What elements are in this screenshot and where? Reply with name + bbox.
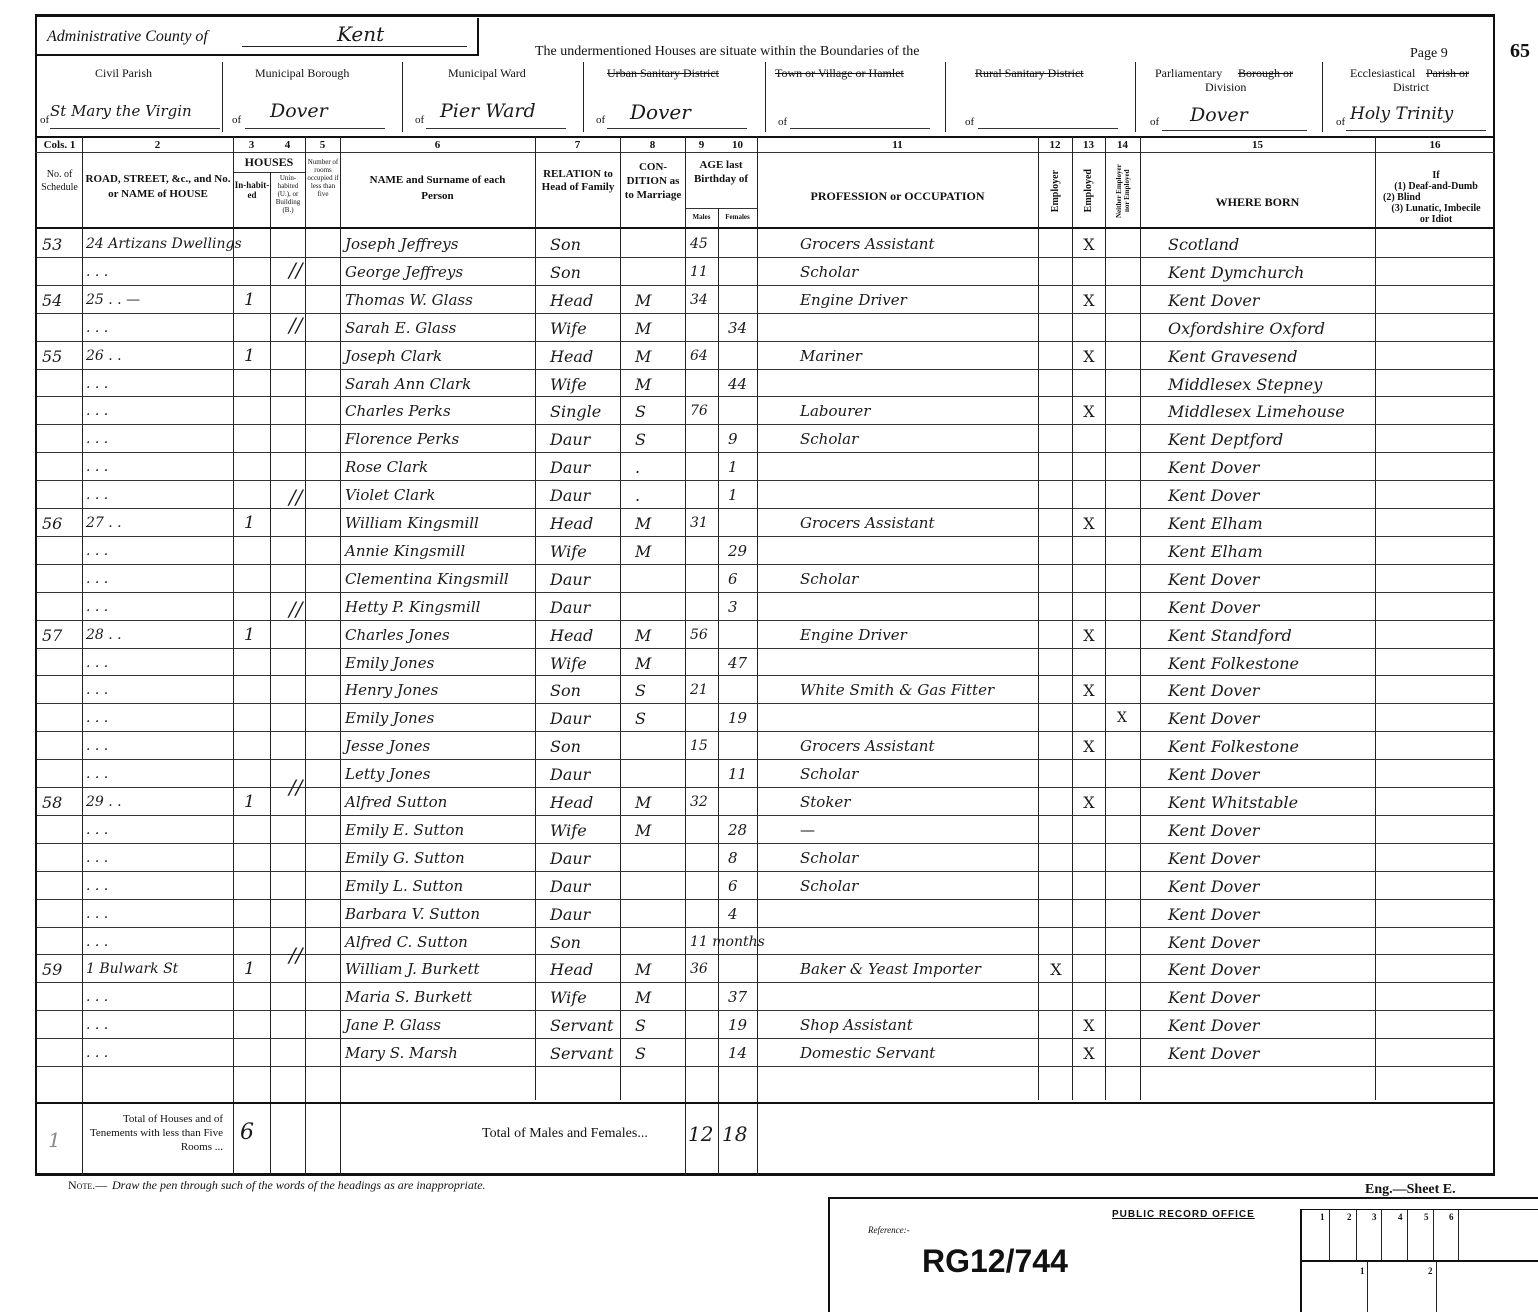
schedule-number: 58 xyxy=(42,789,80,816)
employer-mark xyxy=(1042,845,1070,872)
age-male xyxy=(690,901,718,928)
employer-mark xyxy=(1042,454,1070,481)
inhabited-cell xyxy=(244,371,264,398)
neither-mark xyxy=(1108,677,1136,704)
birthplace-cell: Kent Folkestone xyxy=(1168,650,1373,677)
age-female: 6 xyxy=(728,873,756,900)
birthplace-cell: Kent Dover xyxy=(1168,984,1373,1011)
address-cell: 27 . . xyxy=(86,510,232,537)
schedule-number: 59 xyxy=(42,956,80,983)
inhabited-cell xyxy=(244,929,264,956)
sheet-label: Eng.—Sheet E. xyxy=(1365,1182,1456,1198)
relation-cell: Daur xyxy=(550,482,620,509)
condition-cell: M xyxy=(635,984,675,1011)
address-cell: . . . xyxy=(86,677,232,704)
schedule-number xyxy=(42,426,80,453)
relation-cell: Son xyxy=(550,677,620,704)
person-name: Annie Kingsmill xyxy=(345,538,535,565)
header-rooms: Number of rooms occupied if less than fi… xyxy=(306,158,340,198)
age-male xyxy=(690,482,718,509)
employed-mark xyxy=(1075,538,1103,565)
neither-mark xyxy=(1108,956,1136,983)
birthplace-cell: Kent Dover xyxy=(1168,566,1373,593)
inhabited-cell xyxy=(244,259,264,286)
employer-mark xyxy=(1042,622,1070,649)
reference-box: PUBLIC RECORD OFFICE Reference:- RG12/74… xyxy=(828,1197,1538,1312)
employed-mark xyxy=(1075,259,1103,286)
occupation-cell: Baker & Yeast Importer xyxy=(800,956,1035,983)
age-female xyxy=(728,677,756,704)
inhabited-cell xyxy=(244,817,264,844)
address-cell: . . . xyxy=(86,705,232,732)
occupation-cell: Scholar xyxy=(800,259,1035,286)
relation-cell: Daur xyxy=(550,705,620,732)
address-cell: . . . xyxy=(86,845,232,872)
relation-cell: Head xyxy=(550,956,620,983)
tenement-total: 1 xyxy=(48,1128,61,1152)
address-cell: . . . xyxy=(86,259,232,286)
inhabited-cell xyxy=(244,398,264,425)
employer-mark xyxy=(1042,984,1070,1011)
age-male xyxy=(690,817,718,844)
employer-mark xyxy=(1042,566,1070,593)
neither-mark xyxy=(1108,231,1136,258)
header-uninhabited: Unin-habited (U.), or Building (B.) xyxy=(271,174,305,214)
schedule-number xyxy=(42,845,80,872)
neither-mark xyxy=(1108,398,1136,425)
header-employed: Employed xyxy=(1083,169,1094,212)
relation-cell: Daur xyxy=(550,454,620,481)
birthplace-cell: Kent Dover xyxy=(1168,817,1373,844)
header-neither: Neither Employer nor Employed xyxy=(1115,161,1131,221)
age-male: 45 xyxy=(690,231,718,258)
age-male xyxy=(690,1012,718,1039)
age-female: 1 xyxy=(728,482,756,509)
neither-mark xyxy=(1108,873,1136,900)
person-name: Emily Jones xyxy=(345,705,535,732)
condition-cell xyxy=(635,901,675,928)
header-males: Males xyxy=(685,211,718,224)
employed-mark: X xyxy=(1075,510,1103,537)
age-male xyxy=(690,426,718,453)
relation-cell: Wife xyxy=(550,650,620,677)
relation-cell: Head xyxy=(550,622,620,649)
header-inhabited: In-habit-ed xyxy=(234,180,270,200)
age-male: 64 xyxy=(690,343,718,370)
age-male xyxy=(690,538,718,565)
address-cell: 1 Bulwark St xyxy=(86,956,232,983)
neither-mark xyxy=(1108,1012,1136,1039)
birthplace-cell: Kent Whitstable xyxy=(1168,789,1373,816)
occupation-cell: Scholar xyxy=(800,566,1035,593)
person-name: Hetty P. Kingsmill xyxy=(345,594,535,621)
address-cell: . . . xyxy=(86,426,232,453)
age-female xyxy=(728,789,756,816)
person-name: Mary S. Marsh xyxy=(345,1040,535,1067)
person-name: Florence Perks xyxy=(345,426,535,453)
employer-mark xyxy=(1042,371,1070,398)
occupation-cell xyxy=(800,929,1035,956)
address-cell: . . . xyxy=(86,398,232,425)
employed-mark xyxy=(1075,371,1103,398)
occupation-cell: Labourer xyxy=(800,398,1035,425)
employed-mark: X xyxy=(1075,1012,1103,1039)
schedule-number xyxy=(42,677,80,704)
header-relation: RELATION to Head of Family xyxy=(537,168,619,194)
person-name: Charles Jones xyxy=(345,622,535,649)
inhabited-cell xyxy=(244,1012,264,1039)
address-cell: . . . xyxy=(86,761,232,788)
birthplace-cell: Kent Elham xyxy=(1168,538,1373,565)
age-male: 34 xyxy=(690,287,718,314)
neither-mark xyxy=(1108,566,1136,593)
age-female: 29 xyxy=(728,538,756,565)
relation-cell: Daur xyxy=(550,594,620,621)
age-male xyxy=(690,594,718,621)
address-cell: . . . xyxy=(86,315,232,342)
schedule-number xyxy=(42,984,80,1011)
address-cell: . . . xyxy=(86,733,232,760)
condition-cell: . xyxy=(635,482,675,509)
folio-number: 65 xyxy=(1510,40,1530,63)
municipal-borough-value: Dover xyxy=(270,100,328,122)
person-name: Alfred Sutton xyxy=(345,789,535,816)
schedule-number xyxy=(42,761,80,788)
neither-mark xyxy=(1108,984,1136,1011)
person-name: Clementina Kingsmill xyxy=(345,566,535,593)
employed-mark xyxy=(1075,956,1103,983)
header-schedule: No. of Schedule xyxy=(37,168,82,194)
employed-mark xyxy=(1075,984,1103,1011)
person-name: George Jeffreys xyxy=(345,259,535,286)
age-female xyxy=(728,287,756,314)
neither-mark xyxy=(1108,845,1136,872)
employer-mark xyxy=(1042,259,1070,286)
inhabited-cell xyxy=(244,650,264,677)
age-female: 37 xyxy=(728,984,756,1011)
person-name: William J. Burkett xyxy=(345,956,535,983)
person-name: Joseph Jeffreys xyxy=(345,231,535,258)
employed-mark xyxy=(1075,426,1103,453)
person-name: Sarah Ann Clark xyxy=(345,371,535,398)
schedule-number xyxy=(42,733,80,760)
schedule-number xyxy=(42,1040,80,1067)
neither-mark xyxy=(1108,622,1136,649)
birthplace-cell: Kent Dover xyxy=(1168,482,1373,509)
employed-mark: X xyxy=(1075,287,1103,314)
inhabited-cell xyxy=(244,538,264,565)
condition-cell: M xyxy=(635,315,675,342)
age-male: 15 xyxy=(690,733,718,760)
occupation-cell: Grocers Assistant xyxy=(800,733,1035,760)
age-male xyxy=(690,845,718,872)
neither-mark xyxy=(1108,426,1136,453)
relation-cell: Daur xyxy=(550,426,620,453)
condition-cell xyxy=(635,761,675,788)
person-name: Jesse Jones xyxy=(345,733,535,760)
birthplace-cell: Kent Dover xyxy=(1168,594,1373,621)
relation-cell: Son xyxy=(550,259,620,286)
age-male xyxy=(690,650,718,677)
condition-cell xyxy=(635,231,675,258)
condition-cell: S xyxy=(635,1012,675,1039)
employed-mark xyxy=(1075,873,1103,900)
birthplace-cell: Kent Gravesend xyxy=(1168,343,1373,370)
address-cell: . . . xyxy=(86,371,232,398)
condition-cell: S xyxy=(635,426,675,453)
condition-cell: M xyxy=(635,510,675,537)
neither-mark xyxy=(1108,538,1136,565)
schedule-number: 54 xyxy=(42,287,80,314)
age-female xyxy=(728,622,756,649)
inhabited-cell xyxy=(244,566,264,593)
age-male xyxy=(690,1040,718,1067)
header-where-born: WHERE BORN xyxy=(1140,196,1375,209)
condition-cell: M xyxy=(635,789,675,816)
neither-mark xyxy=(1108,650,1136,677)
occupation-cell: Domestic Servant xyxy=(800,1040,1035,1067)
age-female xyxy=(728,733,756,760)
employed-mark xyxy=(1075,817,1103,844)
inhabited-cell: 1 xyxy=(244,510,264,537)
inhabited-cell xyxy=(244,426,264,453)
employed-mark: X xyxy=(1075,1040,1103,1067)
inhabited-cell xyxy=(244,594,264,621)
address-cell: . . . xyxy=(86,1040,232,1067)
females-total: 18 xyxy=(722,1122,747,1146)
employer-mark xyxy=(1042,343,1070,370)
header-occupation: PROFESSION or OCCUPATION xyxy=(757,190,1038,203)
header-name: NAME and Surname of each Person xyxy=(360,172,515,204)
age-female: 9 xyxy=(728,426,756,453)
birthplace-cell: Kent Dover xyxy=(1168,454,1373,481)
occupation-cell xyxy=(800,594,1035,621)
age-female: 6 xyxy=(728,566,756,593)
birthplace-cell: Kent Dover xyxy=(1168,287,1373,314)
condition-cell: M xyxy=(635,622,675,649)
employer-mark xyxy=(1042,929,1070,956)
relation-cell: Single xyxy=(550,398,620,425)
condition-cell: M xyxy=(635,956,675,983)
employer-mark xyxy=(1042,761,1070,788)
age-male: 31 xyxy=(690,510,718,537)
schedule-number: 53 xyxy=(42,231,80,258)
employed-mark xyxy=(1075,761,1103,788)
occupation-cell: Engine Driver xyxy=(800,287,1035,314)
relation-cell: Servant xyxy=(550,1040,620,1067)
employer-mark xyxy=(1042,789,1070,816)
condition-cell xyxy=(635,594,675,621)
age-female: 47 xyxy=(728,650,756,677)
relation-cell: Son xyxy=(550,929,620,956)
schedule-number: 57 xyxy=(42,622,80,649)
employer-mark xyxy=(1042,901,1070,928)
occupation-cell xyxy=(800,538,1035,565)
occupation-cell: — xyxy=(800,817,1035,844)
employer-mark xyxy=(1042,705,1070,732)
occupation-cell: Grocers Assistant xyxy=(800,231,1035,258)
birthplace-cell: Kent Dover xyxy=(1168,677,1373,704)
birthplace-cell: Kent Dover xyxy=(1168,901,1373,928)
inhabited-cell xyxy=(244,677,264,704)
neither-mark xyxy=(1108,454,1136,481)
occupation-cell xyxy=(800,454,1035,481)
age-female xyxy=(728,343,756,370)
address-cell: 26 . . xyxy=(86,343,232,370)
birthplace-cell: Kent Dover xyxy=(1168,873,1373,900)
schedule-number xyxy=(42,538,80,565)
occupation-cell xyxy=(800,984,1035,1011)
person-name: Charles Perks xyxy=(345,398,535,425)
occupation-cell xyxy=(800,650,1035,677)
age-female: 34 xyxy=(728,315,756,342)
age-male: 11 months xyxy=(690,929,718,956)
age-male xyxy=(690,371,718,398)
employed-mark xyxy=(1075,482,1103,509)
neither-mark: X xyxy=(1108,705,1136,732)
relation-cell: Head xyxy=(550,789,620,816)
person-name: Letty Jones xyxy=(345,761,535,788)
occupation-cell: Mariner xyxy=(800,343,1035,370)
inhabited-cell xyxy=(244,315,264,342)
employed-mark xyxy=(1075,650,1103,677)
employer-mark xyxy=(1042,510,1070,537)
address-cell: . . . xyxy=(86,594,232,621)
schedule-number xyxy=(42,371,80,398)
municipal-ward-value: Pier Ward xyxy=(440,100,536,122)
employer-mark xyxy=(1042,482,1070,509)
inhabited-cell xyxy=(244,733,264,760)
people-total-label: Total of Males and Females... xyxy=(482,1126,648,1142)
condition-cell: M xyxy=(635,817,675,844)
employer-mark xyxy=(1042,817,1070,844)
neither-mark xyxy=(1108,287,1136,314)
employer-mark: X xyxy=(1042,956,1070,983)
age-female xyxy=(728,510,756,537)
schedule-number xyxy=(42,566,80,593)
schedule-number xyxy=(42,705,80,732)
age-male: 36 xyxy=(690,956,718,983)
employed-mark xyxy=(1075,594,1103,621)
relation-cell: Daur xyxy=(550,761,620,788)
age-female xyxy=(728,956,756,983)
schedule-number xyxy=(42,315,80,342)
person-name: Alfred C. Sutton xyxy=(345,929,535,956)
employer-mark xyxy=(1042,287,1070,314)
relation-cell: Son xyxy=(550,231,620,258)
age-female: 19 xyxy=(728,705,756,732)
address-cell: 29 . . xyxy=(86,789,232,816)
schedule-number xyxy=(42,873,80,900)
employed-mark xyxy=(1075,845,1103,872)
neither-mark xyxy=(1108,789,1136,816)
age-male xyxy=(690,315,718,342)
age-male: 11 xyxy=(690,259,718,286)
employer-mark xyxy=(1042,315,1070,342)
neither-mark xyxy=(1108,901,1136,928)
inhabited-cell xyxy=(244,1040,264,1067)
birthplace-cell: Kent Dover xyxy=(1168,705,1373,732)
address-cell: . . . xyxy=(86,817,232,844)
address-cell: 25 . . — xyxy=(86,287,232,314)
relation-cell: Wife xyxy=(550,984,620,1011)
address-cell: . . . xyxy=(86,650,232,677)
males-total: 12 xyxy=(688,1122,713,1146)
address-cell: . . . xyxy=(86,538,232,565)
condition-cell: M xyxy=(635,371,675,398)
age-male xyxy=(690,566,718,593)
neither-mark xyxy=(1108,259,1136,286)
neither-mark xyxy=(1108,733,1136,760)
age-female: 28 xyxy=(728,817,756,844)
schedule-number xyxy=(42,594,80,621)
schedule-number xyxy=(42,454,80,481)
employed-mark: X xyxy=(1075,733,1103,760)
relation-cell: Son xyxy=(550,733,620,760)
occupation-cell: Scholar xyxy=(800,873,1035,900)
record-office-label: PUBLIC RECORD OFFICE xyxy=(1112,1209,1255,1220)
neither-mark xyxy=(1108,371,1136,398)
person-name: Jane P. Glass xyxy=(345,1012,535,1039)
address-cell: . . . xyxy=(86,566,232,593)
relation-cell: Daur xyxy=(550,566,620,593)
address-cell: . . . xyxy=(86,482,232,509)
condition-cell: . xyxy=(635,454,675,481)
age-male: 21 xyxy=(690,677,718,704)
houses-total: 6 xyxy=(240,1120,254,1145)
employed-mark: X xyxy=(1075,789,1103,816)
relation-cell: Daur xyxy=(550,873,620,900)
condition-cell: S xyxy=(635,398,675,425)
birthplace-cell: Kent Standford xyxy=(1168,622,1373,649)
neither-mark xyxy=(1108,315,1136,342)
employed-mark: X xyxy=(1075,677,1103,704)
person-name: Emily G. Sutton xyxy=(345,845,535,872)
condition-cell: M xyxy=(635,343,675,370)
employer-mark xyxy=(1042,677,1070,704)
neither-mark xyxy=(1108,343,1136,370)
employed-mark: X xyxy=(1075,343,1103,370)
inhabited-cell: 1 xyxy=(244,287,264,314)
birthplace-cell: Kent Elham xyxy=(1168,510,1373,537)
houses-total-label: Total of Houses and of Tenements with le… xyxy=(88,1112,223,1154)
person-name: Maria S. Burkett xyxy=(345,984,535,1011)
relation-cell: Wife xyxy=(550,371,620,398)
schedule-number xyxy=(42,398,80,425)
inhabited-cell xyxy=(244,873,264,900)
birthplace-cell: Middlesex Limehouse xyxy=(1168,398,1373,425)
condition-cell: S xyxy=(635,1040,675,1067)
employer-mark xyxy=(1042,538,1070,565)
person-name: Joseph Clark xyxy=(345,343,535,370)
inhabited-cell xyxy=(244,231,264,258)
employer-mark xyxy=(1042,1012,1070,1039)
inhabited-cell: 1 xyxy=(244,956,264,983)
address-cell: . . . xyxy=(86,929,232,956)
inhabited-cell xyxy=(244,482,264,509)
birthplace-cell: Kent Dover xyxy=(1168,1040,1373,1067)
relation-cell: Head xyxy=(550,343,620,370)
occupation-cell: Scholar xyxy=(800,426,1035,453)
neither-mark xyxy=(1108,510,1136,537)
address-cell: . . . xyxy=(86,901,232,928)
condition-cell xyxy=(635,845,675,872)
inhabited-cell: 1 xyxy=(244,343,264,370)
inhabited-cell xyxy=(244,901,264,928)
condition-cell: S xyxy=(635,677,675,704)
neither-mark xyxy=(1108,1040,1136,1067)
age-male: 32 xyxy=(690,789,718,816)
